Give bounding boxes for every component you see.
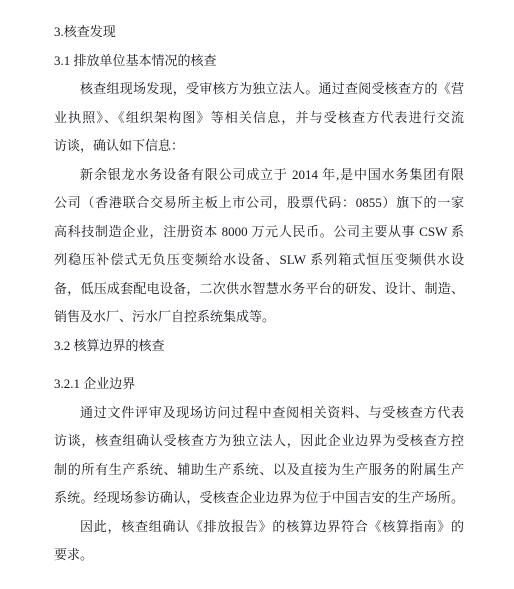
text-line: 公司（香港联合交易所主板上市公司，股票代码：0855）旗下的一家 xyxy=(54,189,464,218)
text-line: 销售及水厂、污水厂自控系统集成等。 xyxy=(54,303,464,332)
text-line: 因此，核查组确认《排放报告》的核算边界符合《核算指南》的 xyxy=(54,513,464,542)
section-heading-3: 3.核查发现 xyxy=(54,18,464,47)
text-line: 业执照》、《组织架构图》等相关信息，并与受核查方代表进行交流 xyxy=(54,104,464,133)
text-line: 备，低压成套配电设备，二次供水智慧水务平台的研发、设计、制造、 xyxy=(54,275,464,304)
paragraph-enterprise-boundary: 通过文件评审及现场访问过程中查阅相关资料、与受核查方代表 访谈，核查组确认受核查… xyxy=(54,399,464,513)
section-heading-3-2-1: 3.2.1 企业边界 xyxy=(54,370,464,399)
text-line: 新余银龙水务设备有限公司成立于 2014 年,是中国水务集团有限 xyxy=(54,161,464,190)
paragraph-verification-findings: 核查组现场发现，受审核方为独立法人。通过查阅受核查方的《营 业执照》、《组织架构… xyxy=(54,75,464,161)
paragraph-company-profile: 新余银龙水务设备有限公司成立于 2014 年,是中国水务集团有限 公司（香港联合… xyxy=(54,161,464,332)
text-line: 列稳压补偿式无负压变频给水设备、SLW 系列箱式恒压变频供水设 xyxy=(54,246,464,275)
text-line: 制的所有生产系统、辅助生产系统、以及直接为生产服务的附属生产 xyxy=(54,456,464,485)
text-line: 高科技制造企业，注册资本 8000 万元人民币。公司主要从事 CSW 系 xyxy=(54,218,464,247)
text-line: 访谈，确认如下信息： xyxy=(54,132,464,161)
text-line: 核查组现场发现，受审核方为独立法人。通过查阅受核查方的《营 xyxy=(54,75,464,104)
section-heading-3-2: 3.2 核算边界的核查 xyxy=(54,332,464,361)
text-line: 通过文件评审及现场访问过程中查阅相关资料、与受核查方代表 xyxy=(54,399,464,428)
section-heading-3-1: 3.1 排放单位基本情况的核查 xyxy=(54,47,464,76)
text-line: 访谈，核查组确认受核查方为独立法人，因此企业边界为受核查方控 xyxy=(54,427,464,456)
document-page: 3.核查发现 3.1 排放单位基本情况的核查 核查组现场发现，受审核方为独立法人… xyxy=(0,0,514,589)
text-line: 要求。 xyxy=(54,541,464,570)
paragraph-conclusion: 因此，核查组确认《排放报告》的核算边界符合《核算指南》的 要求。 xyxy=(54,513,464,570)
text-line: 系统。经现场参访确认，受核查企业边界为位于中国吉安的生产场所。 xyxy=(54,484,464,513)
